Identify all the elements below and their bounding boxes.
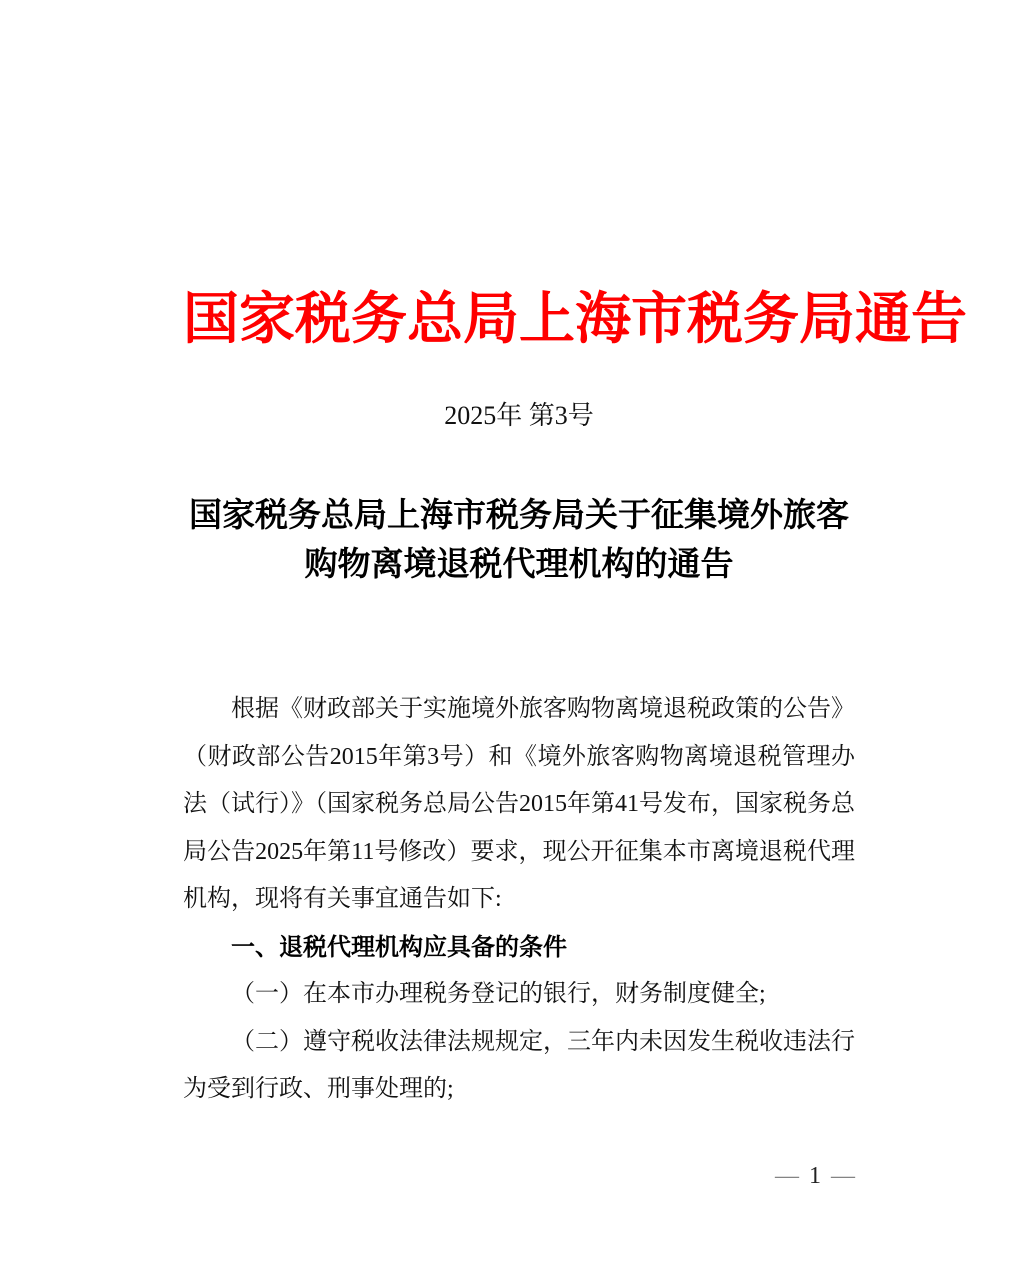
document-page: 国家税务总局上海市税务局通告 2025年 第3号 国家税务总局上海市税务局关于征… xyxy=(0,0,1024,1280)
issue-number: 2025年 第3号 xyxy=(183,398,855,434)
document-title-line-2: 购物离境退税代理机构的通告 xyxy=(183,541,855,590)
page-number-dash-right: — xyxy=(831,1163,855,1189)
page-footer: —1— xyxy=(183,1161,855,1191)
document-title: 国家税务总局上海市税务局关于征集境外旅客 购物离境退税代理机构的通告 xyxy=(183,492,855,590)
section1-heading: 一、退税代理机构应具备的条件 xyxy=(183,924,855,972)
intro-paragraph: 根据《财政部关于实施境外旅客购物离境退税政策的公告》（财政部公告2015年第3号… xyxy=(183,686,855,924)
condition-item-1: （一）在本市办理税务登记的银行，财务制度健全; xyxy=(183,971,855,1019)
document-title-line-1: 国家税务总局上海市税务局关于征集境外旅客 xyxy=(183,492,855,541)
page-number: 1 xyxy=(799,1163,831,1189)
banner-title: 国家税务总局上海市税务局通告 xyxy=(183,288,855,352)
document-body: 根据《财政部关于实施境外旅客购物离境退税政策的公告》（财政部公告2015年第3号… xyxy=(183,686,855,1114)
content-column: 国家税务总局上海市税务局通告 2025年 第3号 国家税务总局上海市税务局关于征… xyxy=(183,0,855,1191)
condition-item-2: （二）遵守税收法律法规规定，三年内未因发生税收违法行为受到行政、刑事处理的; xyxy=(183,1019,855,1114)
page-number-dash-left: — xyxy=(775,1163,799,1189)
